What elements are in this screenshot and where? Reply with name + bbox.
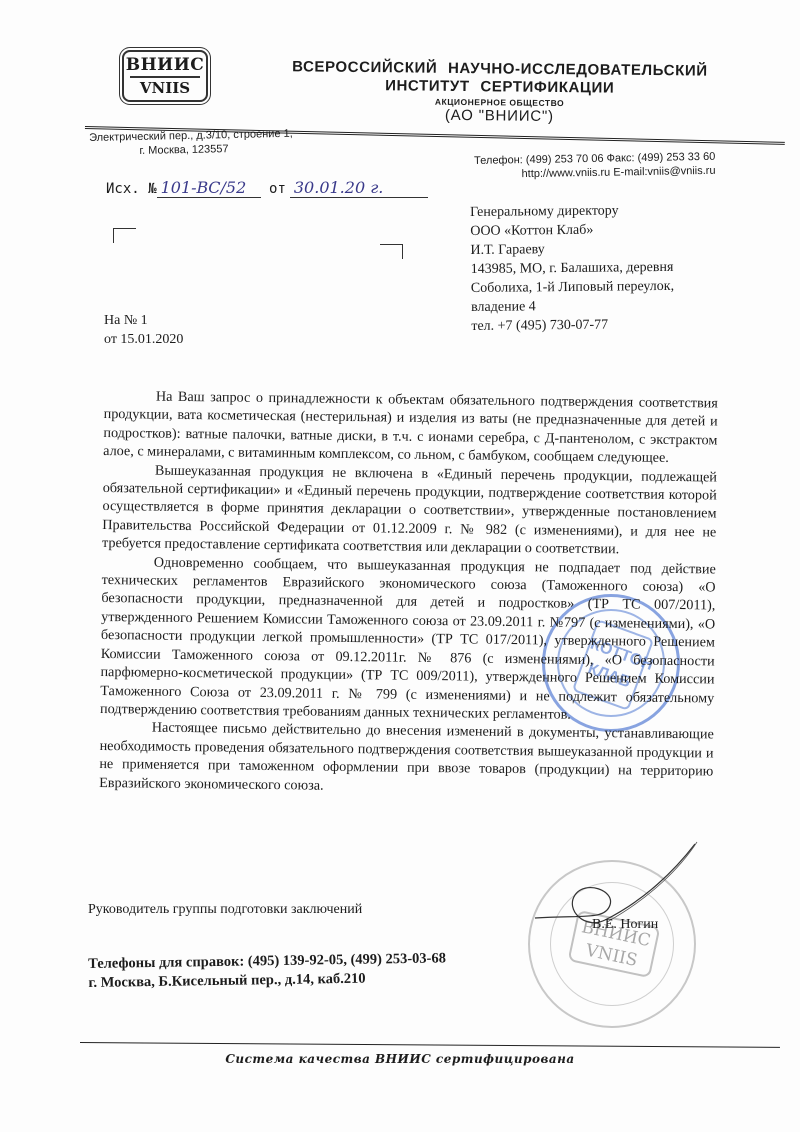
vniis-logo: ВНИИС VNIIS	[122, 50, 208, 102]
footer-quality-note: Система качества ВНИИС сертифицирована	[0, 1052, 800, 1066]
body-paragraph: Вышеуказанная продукция не включена в «Е…	[102, 461, 717, 561]
address-corner-mark-left	[113, 228, 136, 243]
letter-page: ВНИИС VNIIS ВСЕРОССИЙСКИЙ НАУЧНО-ИССЛЕДО…	[0, 0, 800, 1132]
outgoing-date: 30.01.20 г.	[290, 178, 428, 198]
body-paragraph: Одновременно сообщаем, что вышеуказанная…	[100, 553, 716, 726]
recipient-line: владение 4	[471, 296, 674, 317]
recipient-line: Соболиха, 1-й Липовый переулок,	[471, 277, 674, 298]
recipient-line: Генеральному директору	[470, 201, 673, 222]
inquiry-contacts: Телефоны для справок: (495) 139-92-05, (…	[88, 949, 446, 993]
recipient-line: И.Т. Гараеву	[470, 239, 673, 260]
outgoing-number: 101-ВС/52	[157, 178, 261, 198]
reply-date: от 15.01.2020	[104, 330, 183, 349]
logo-divider	[130, 76, 200, 78]
signer-position: Руководитель группы подготовки заключени…	[88, 902, 362, 918]
footer-divider	[80, 1042, 780, 1048]
outgoing-date-label: от	[269, 181, 286, 197]
logo-text-ru: ВНИИС	[124, 55, 206, 75]
outgoing-prefix: Исх. №	[106, 181, 157, 197]
address-corner-mark-right	[380, 244, 403, 259]
letter-body: На Ваш запрос о принадлежности к объекта…	[99, 387, 718, 799]
logo-text-en: VNIIS	[124, 79, 206, 97]
org-address: Электрический пер., д.3/10, строение 1, …	[89, 127, 293, 159]
org-line-4: (АО "ВНИИС")	[269, 105, 729, 127]
recipient-block: Генеральному директору ООО «Коттон Клаб»…	[470, 201, 675, 336]
body-paragraph: На Ваш запрос о принадлежности к объекта…	[103, 387, 718, 468]
reply-number: На № 1	[104, 311, 183, 330]
recipient-line: 143985, МО, г. Балашиха, деревня	[471, 258, 674, 279]
signer-name: В.Е. Ногин	[592, 917, 658, 933]
reply-reference: На № 1 от 15.01.2020	[104, 311, 183, 349]
body-paragraph: Настоящее письмо действительно до внесен…	[99, 718, 714, 799]
recipient-line: тел. +7 (495) 730-07-77	[471, 315, 674, 336]
org-contacts: Телефон: (499) 253 70 06 Факс: (499) 253…	[474, 150, 716, 182]
recipient-line: ООО «Коттон Клаб»	[470, 220, 673, 241]
outgoing-reference: Исх. №101-ВС/52 от30.01.20 г.	[106, 178, 428, 198]
org-line-2: ИНСТИТУТ СЕРТИФИКАЦИИ	[270, 76, 730, 98]
organization-name: ВСЕРОССИЙСКИЙ НАУЧНО-ИССЛЕДОВАТЕЛЬСКИЙ И…	[269, 58, 730, 127]
